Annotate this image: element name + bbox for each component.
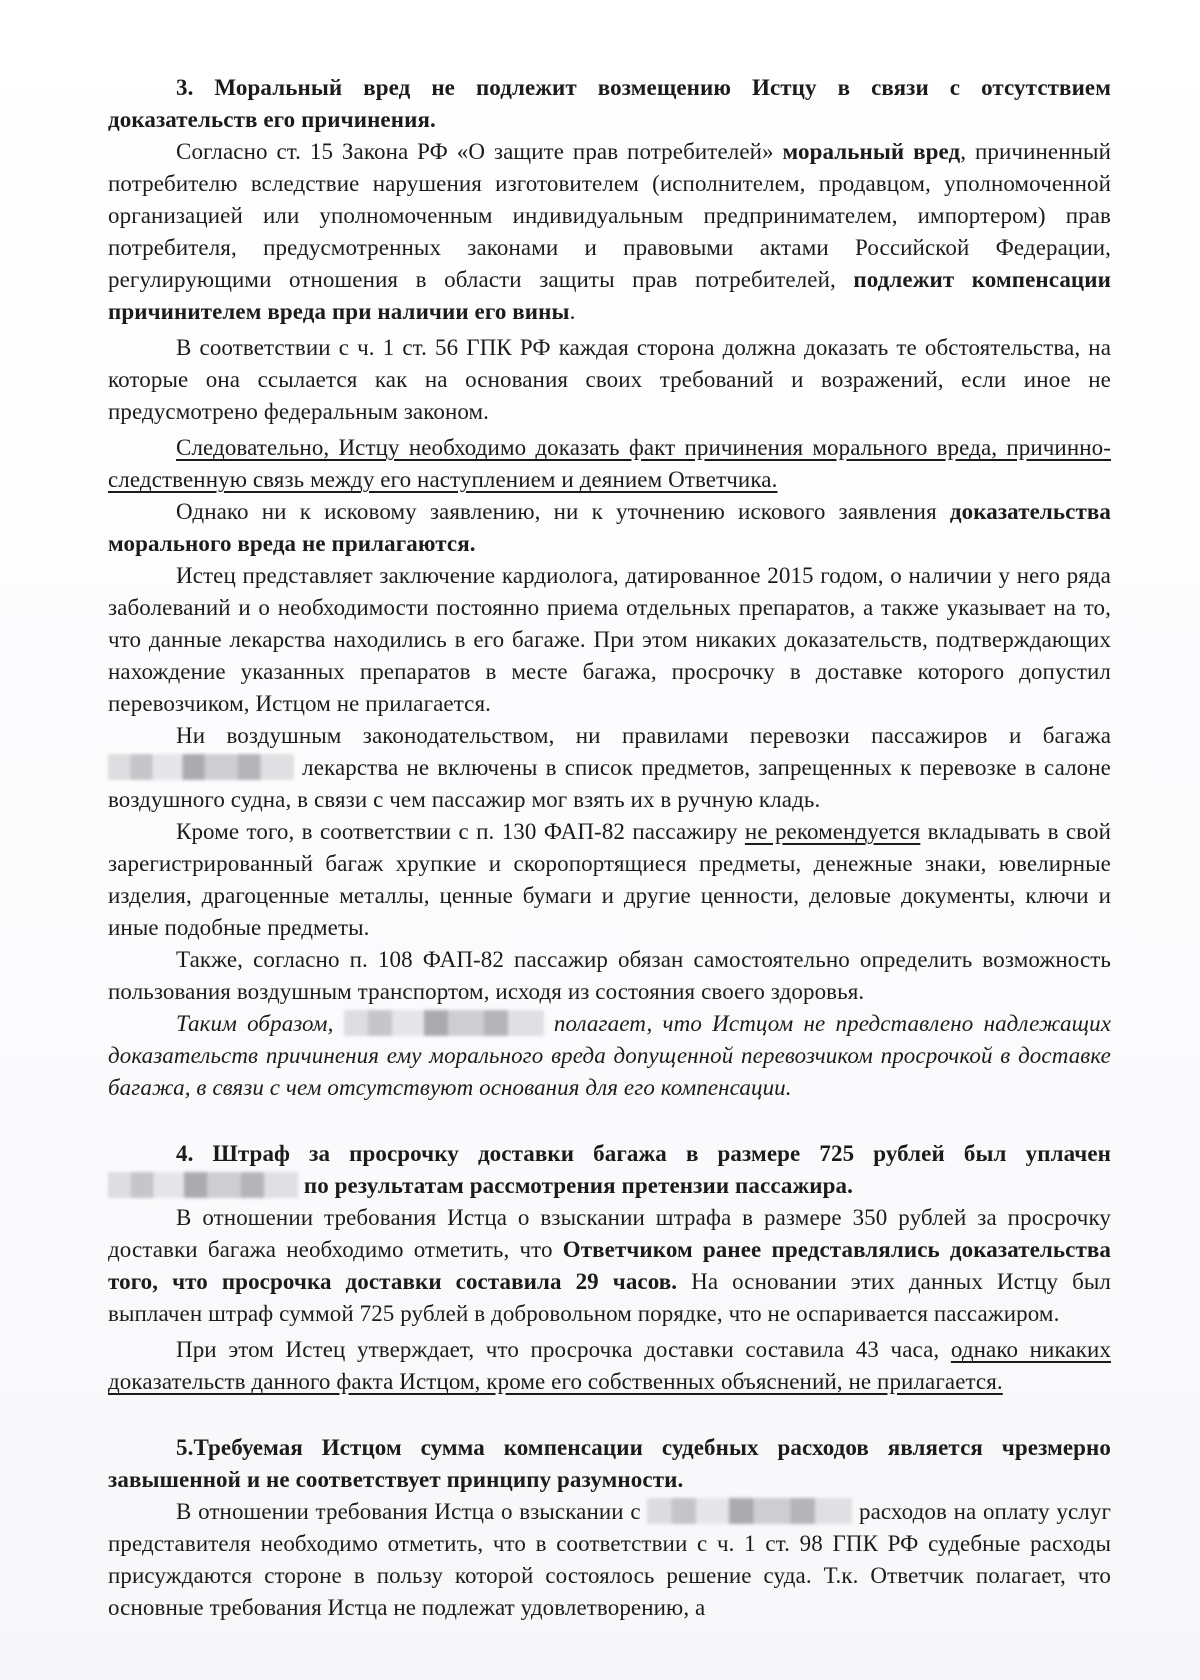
redacted-block	[108, 754, 294, 780]
section-3-paragraph-5: Истец представляет заключение кардиолога…	[108, 560, 1111, 720]
section-5-paragraph-1: В отношении требования Истца о взыскании…	[108, 1496, 1111, 1624]
section-3-paragraph-6: Ни воздушным законодательством, ни прави…	[108, 720, 1111, 816]
section-3-conclusion: Таким образом, полагает, что Истцом не п…	[108, 1008, 1111, 1104]
section-4-paragraph-2: При этом Истец утверждает, что просрочка…	[108, 1334, 1111, 1398]
section-3-heading: 3. Моральный вред не подлежит возмещению…	[108, 72, 1111, 136]
text: Согласно ст. 15 Закона РФ «О защите прав…	[176, 139, 783, 164]
redacted-block	[108, 1172, 298, 1198]
section-3-paragraph-8: Также, согласно п. 108 ФАП-82 пассажир о…	[108, 944, 1111, 1008]
section-5-heading: 5.Требуемая Истцом сумма компенсации суд…	[108, 1432, 1111, 1496]
section-3-paragraph-3: Следовательно, Истцу необходимо доказать…	[108, 432, 1111, 496]
underlined-text: не рекомендуется	[745, 819, 920, 844]
text: 4. Штраф за просрочку доставки багажа в …	[176, 1141, 1111, 1166]
section-4-paragraph-1: В отношении требования Истца о взыскании…	[108, 1202, 1111, 1330]
redacted-block	[647, 1498, 852, 1524]
underlined-text: Следовательно, Истцу необходимо доказать…	[108, 435, 1111, 492]
section-4-heading: 4. Штраф за просрочку доставки багажа в …	[108, 1138, 1111, 1202]
text: по результатам рассмотрения претензии па…	[298, 1173, 853, 1198]
document-page: 3. Моральный вред не подлежит возмещению…	[0, 0, 1200, 1680]
section-3-paragraph-7: Кроме того, в соответствии с п. 130 ФАП-…	[108, 816, 1111, 944]
text: В отношении требования Истца о взыскании…	[176, 1499, 647, 1524]
bold-text: моральный вред	[783, 139, 961, 164]
text: Кроме того, в соответствии с п. 130 ФАП-…	[176, 819, 745, 844]
section-3-paragraph-2: В соответствии с ч. 1 ст. 56 ГПК РФ кажд…	[108, 332, 1111, 428]
section-3-paragraph-4: Однако ни к исковому заявлению, ни к уто…	[108, 496, 1111, 560]
redacted-block	[344, 1010, 544, 1036]
text: Однако ни к исковому заявлению, ни к уто…	[176, 499, 950, 524]
text: Таким образом,	[176, 1011, 344, 1036]
text: Ни воздушным законодательством, ни прави…	[176, 723, 1111, 748]
section-3-paragraph-1: Согласно ст. 15 Закона РФ «О защите прав…	[108, 136, 1111, 328]
document-body: 3. Моральный вред не подлежит возмещению…	[108, 72, 1111, 1624]
text: .	[570, 299, 576, 324]
text: При этом Истец утверждает, что просрочка…	[176, 1337, 951, 1362]
